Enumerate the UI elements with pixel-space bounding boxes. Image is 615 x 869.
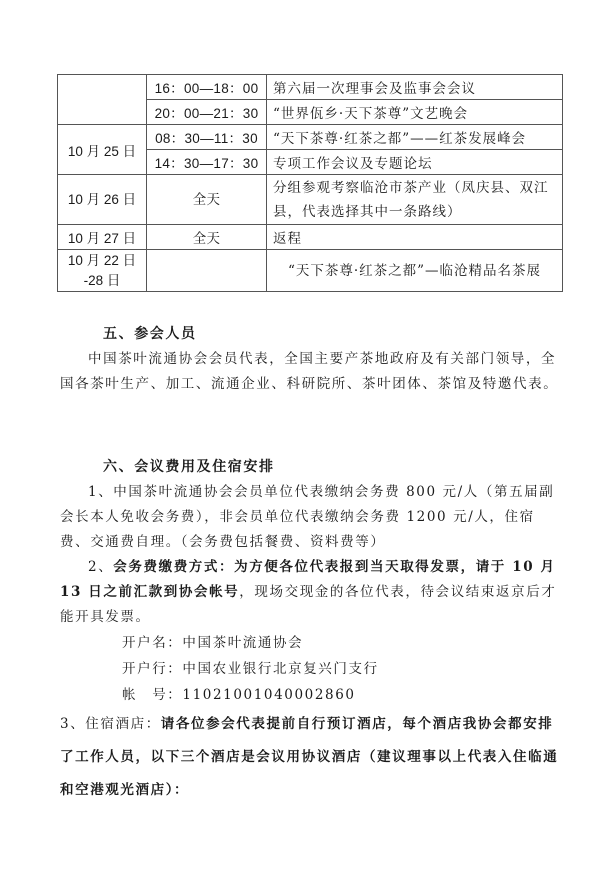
event-cell: “世界佤乡·天下茶尊”文艺晚会 bbox=[267, 100, 563, 125]
section-fees: 六、会议费用及住宿安排 1、中国茶叶流通协会会员单位代表缴纳会务费 800 元/… bbox=[83, 455, 563, 807]
account-bank: 开户行：中国农业银行北京复兴门支行 bbox=[60, 656, 563, 682]
date-cell: 10 月 26 日 bbox=[58, 175, 147, 225]
date-cell: 10 月 27 日 bbox=[58, 225, 147, 250]
fee-item-2: 2、会务费缴费方式：为方便各位代表报到当天取得发票，请于 10 月 13 日之前… bbox=[60, 555, 563, 630]
event-cell: 分组参观考察临沧市茶产业（凤庆县、双江县，代表选择其中一条路线） bbox=[267, 175, 563, 225]
time-cell bbox=[147, 250, 267, 292]
event-cell: 返程 bbox=[267, 225, 563, 250]
section-heading: 五、参会人员 bbox=[83, 322, 563, 347]
date-line2: -28 日 bbox=[64, 271, 140, 291]
fee-item-2-prefix: 2、 bbox=[88, 559, 113, 575]
date-line1: 10 月 22 日 bbox=[64, 251, 140, 271]
account-name: 开户名：中国茶叶流通协会 bbox=[60, 630, 563, 656]
table-row: 10 月 22 日 -28 日 “天下茶尊·红茶之都”—临沧精品名茶展 bbox=[58, 250, 563, 292]
date-cell: 10 月 22 日 -28 日 bbox=[58, 250, 147, 292]
event-cell: 第六届一次理事会及监事会会议 bbox=[267, 75, 563, 100]
time-cell: 14：30—17：30 bbox=[147, 150, 267, 175]
account-number: 帐 号：11021001040002860 bbox=[60, 682, 563, 708]
event-cell: “天下茶尊·红茶之都”—临沧精品名茶展 bbox=[267, 250, 563, 292]
table-row: 16：00—18：00 第六届一次理事会及监事会会议 bbox=[58, 75, 563, 100]
schedule-table: 16：00—18：00 第六届一次理事会及监事会会议 20：00—21：30 “… bbox=[57, 74, 563, 292]
table-row: 10 月 27 日 全天 返程 bbox=[58, 225, 563, 250]
event-cell: “天下茶尊·红茶之都”——红茶发展峰会 bbox=[267, 125, 563, 150]
table-row: 10 月 26 日 全天 分组参观考察临沧市茶产业（凤庆县、双江县，代表选择其中… bbox=[58, 175, 563, 225]
table-row: 10 月 25 日 08：30—11：30 “天下茶尊·红茶之都”——红茶发展峰… bbox=[58, 125, 563, 150]
fee-item-3: 3、住宿酒店：请各位参会代表提前自行预订酒店，每个酒店我协会都安排了工作人员，以… bbox=[60, 708, 563, 807]
event-cell: 专项工作会议及专题论坛 bbox=[267, 150, 563, 175]
date-cell bbox=[58, 75, 147, 125]
time-cell: 全天 bbox=[147, 175, 267, 225]
attendees-text: 中国茶叶流通协会会员代表，全国主要产茶地政府及有关部门领导，全国各茶叶生产、加工… bbox=[60, 347, 563, 397]
section-attendees: 五、参会人员 中国茶叶流通协会会员代表，全国主要产茶地政府及有关部门领导，全国各… bbox=[83, 322, 563, 397]
time-cell: 08：30—11：30 bbox=[147, 125, 267, 150]
section-heading: 六、会议费用及住宿安排 bbox=[83, 455, 563, 480]
time-cell: 16：00—18：00 bbox=[147, 75, 267, 100]
date-cell: 10 月 25 日 bbox=[58, 125, 147, 175]
fee-item-3-prefix: 3、住宿酒店： bbox=[60, 716, 161, 732]
fee-item-1: 1、中国茶叶流通协会会员单位代表缴纳会务费 800 元/人（第五届副会长本人免收… bbox=[60, 480, 563, 555]
time-cell: 20：00—21：30 bbox=[147, 100, 267, 125]
time-cell: 全天 bbox=[147, 225, 267, 250]
